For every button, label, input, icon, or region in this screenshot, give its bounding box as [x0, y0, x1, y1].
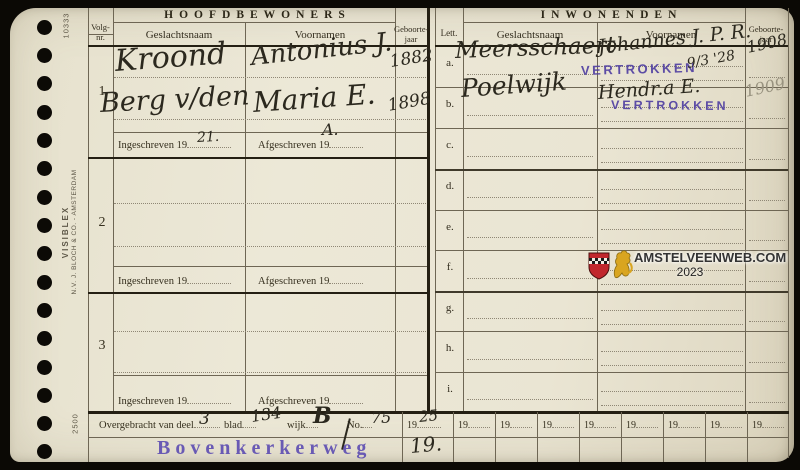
footer-cell-rule	[747, 412, 748, 462]
table-border	[88, 8, 89, 462]
block-rule	[88, 292, 427, 294]
ruled-line	[113, 266, 427, 267]
punch-hole	[37, 20, 52, 35]
handwritten-no: 75	[371, 408, 391, 427]
column-rule	[113, 8, 114, 412]
lion-icon	[609, 249, 633, 279]
ruled-line	[114, 203, 426, 204]
ruled-line	[113, 375, 427, 376]
row-letter: c.	[439, 139, 461, 151]
ruled-line	[113, 132, 427, 133]
dotted-tail	[510, 418, 532, 428]
punch-hole	[37, 444, 52, 459]
dotted-tail	[329, 138, 363, 148]
volgnr-3: 3	[94, 338, 110, 354]
manufacturer-imprint: VISIBLEX N.V. J. BLOCH & CO. - AMSTERDAM	[61, 147, 83, 317]
dotted-tail	[329, 274, 363, 284]
punch-hole	[37, 360, 52, 375]
ruled-line	[601, 148, 743, 149]
ruled-line	[114, 77, 426, 78]
dotted-tail	[594, 418, 616, 428]
punch-hole	[37, 275, 52, 290]
stock-number-bottom: 2500	[71, 404, 80, 444]
watermark: AMSTELVEENWEB.COM 2023	[588, 248, 764, 286]
punch-hole	[37, 133, 52, 148]
footer-cell-rule	[537, 412, 538, 462]
title-underline	[113, 22, 395, 23]
inwonenden-row-d: d.	[435, 169, 788, 211]
label-text: Ingeschreven 19	[118, 140, 187, 151]
ruled-line	[749, 240, 785, 241]
inwonenden-row-i: i.	[435, 372, 788, 412]
ruled-line	[114, 119, 426, 120]
year-cell: 19	[752, 418, 784, 431]
ruled-line	[114, 246, 426, 247]
year-prefix: 19	[500, 420, 510, 431]
year-cell: 19	[626, 418, 658, 431]
year-prefix: 19	[542, 420, 552, 431]
row-letter: f.	[439, 261, 461, 273]
year-cell: 19	[542, 418, 574, 431]
ruled-line	[749, 321, 785, 322]
coat-of-arms-icon	[588, 252, 610, 280]
year-cell: 19	[458, 418, 490, 431]
center-divider	[427, 8, 430, 412]
punch-hole	[37, 388, 52, 403]
dotted-tail	[762, 418, 784, 428]
ruled-line	[749, 118, 785, 119]
vertrokken-stamp: VERTROKKEN	[611, 98, 729, 113]
year-prefix: 19	[710, 420, 720, 431]
dotted-tail	[678, 418, 700, 428]
row-letter: d.	[439, 180, 461, 192]
inwonenden-row-h: h.	[435, 331, 788, 373]
dotted-tail	[329, 394, 363, 404]
punch-hole	[37, 48, 52, 63]
footer-cell-rule	[453, 412, 454, 462]
footer-cell-rule	[579, 412, 580, 462]
handwritten-firstnames-extra: A.	[322, 120, 339, 139]
footer-cell-rule	[621, 412, 622, 462]
label-text: Overgebracht van deel	[99, 420, 194, 431]
hoofdbewoners-title: HOOFDBEWONERS	[88, 9, 427, 21]
punch-hole	[37, 218, 52, 233]
row-letter: b.	[439, 98, 461, 110]
label-text: Ingeschreven 19	[118, 396, 187, 407]
handwritten-year-row2: 19.	[409, 431, 443, 458]
label-text: blad	[224, 420, 242, 431]
punch-hole	[37, 105, 52, 120]
punch-hole	[37, 331, 52, 346]
afgeschreven-label: Afgeschreven 19	[258, 274, 363, 287]
stock-number-top: 10333	[62, 6, 71, 46]
manufacturer-address: N.V. J. BLOCH & CO. - AMSTERDAM	[71, 147, 79, 317]
row-letter: h.	[439, 342, 461, 354]
column-header-geboortejaar: Geboorte-jaar	[394, 25, 428, 45]
ruled-line	[749, 159, 785, 160]
ruled-line	[601, 229, 743, 230]
year-cell: 19	[584, 418, 616, 431]
year-prefix: 19	[668, 420, 678, 431]
ingeschreven-label: Ingeschreven 19	[118, 274, 231, 287]
year-cell: 19	[500, 418, 532, 431]
ingeschreven-label: Ingeschreven 19	[118, 394, 231, 407]
table-border	[788, 8, 789, 458]
title-underline	[463, 22, 745, 23]
no-label: No.	[347, 418, 372, 431]
ruled-line	[601, 189, 743, 190]
inwonenden-row-e: e.	[435, 210, 788, 251]
punch-hole	[37, 303, 52, 318]
ruled-line	[749, 200, 785, 201]
inwonenden-title: INWONENDEN	[435, 9, 788, 21]
ruled-line	[114, 372, 426, 373]
punch-hole	[37, 76, 52, 91]
handwritten-ingeschreven-year: 21.	[197, 129, 220, 146]
dotted-tail	[720, 418, 742, 428]
footer-cell-rule	[495, 412, 496, 462]
dotted-tail	[187, 394, 231, 404]
ruled-line	[601, 351, 743, 352]
punch-hole	[37, 161, 52, 176]
year-prefix: 19	[626, 420, 636, 431]
footer-cell-rule	[402, 412, 403, 462]
year-prefix: 19	[752, 420, 762, 431]
column-header-volgnr: Volg-nr.	[88, 23, 113, 43]
row-letter: e.	[439, 221, 461, 233]
manufacturer-name: VISIBLEX	[61, 147, 71, 317]
ruled-line	[749, 402, 785, 403]
inwonenden-row-c: c.	[435, 128, 788, 171]
row-letter: i.	[439, 383, 461, 395]
footer-cell-rule	[705, 412, 706, 462]
ruled-line	[749, 362, 785, 363]
year-cell: 19	[710, 418, 742, 431]
handwritten-year: 25	[418, 406, 439, 426]
ruled-line	[601, 391, 743, 392]
volgnr-2: 2	[94, 215, 110, 231]
inwonenden-row-g: g.	[435, 291, 788, 332]
label-text: Ingeschreven 19	[118, 276, 187, 287]
punch-hole	[37, 416, 52, 431]
street-stamp: Bovenkerkerweg	[157, 437, 371, 460]
ruled-line	[114, 331, 426, 332]
block-rule	[88, 157, 427, 159]
watermark-year: 2023	[634, 265, 746, 279]
year-prefix: 19	[584, 420, 594, 431]
year-cell: 19	[668, 418, 700, 431]
handwritten-wijk: B	[313, 403, 332, 429]
label-text: Afgeschreven 19	[258, 140, 329, 151]
footer-cell-rule	[663, 412, 664, 462]
label-text: wijk	[287, 420, 306, 431]
punch-hole	[37, 190, 52, 205]
row-letter: g.	[439, 302, 461, 314]
column-header-lett: Lett.	[435, 28, 463, 38]
ruled-line	[601, 310, 743, 311]
dotted-tail	[636, 418, 658, 428]
dotted-tail	[552, 418, 574, 428]
dotted-tail	[187, 274, 231, 284]
year-prefix: 19	[407, 420, 417, 431]
watermark-site: AMSTELVEENWEB.COM	[634, 250, 786, 265]
label-text: Afgeschreven 19	[258, 276, 329, 287]
dotted-tail	[468, 418, 490, 428]
punch-hole	[37, 246, 52, 261]
afgeschreven-label: Afgeschreven 19	[258, 138, 363, 151]
year-prefix: 19	[458, 420, 468, 431]
handwritten-deel: 3	[199, 409, 210, 429]
scanned-register-card: 10333 VISIBLEX N.V. J. BLOCH & CO. - AMS…	[0, 0, 800, 470]
